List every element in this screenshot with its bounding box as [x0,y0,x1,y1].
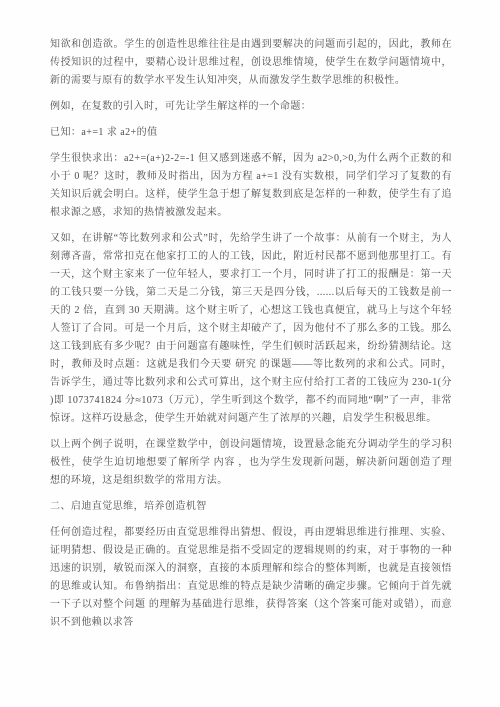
paragraph-examples-summary: 以上两个例子说明，在课堂数学中，创设问题情境，设置悬念能充分调动学生的学习积极性… [50,436,452,490]
section-heading-intuitive-thinking: 二、启迪直觉思维，培养创造机智 [50,498,452,516]
paragraph-formula-problem: 已知：a+=1 求 a2+的值 [50,124,452,142]
paragraph-example-lead: 例如，在复数的引入时，可先让学生解这样的一个命题： [50,98,452,116]
paragraph-intro-continuation: 知欲和创造欲。学生的创造性思维往往是由遇到要解决的问题而引起的，因此，教师在传授… [50,36,452,90]
paragraph-intuitive-thinking-body: 任何创造过程，都要经历由直觉思维得出猜想、假设，再由逻辑思维进行推理、实验、证明… [50,524,452,632]
document-page: 知欲和创造欲。学生的创造性思维往往是由遇到要解决的问题而引起的，因此，教师在传授… [0,0,500,707]
paragraph-geometric-series-story: 又如，在讲解“等比数列求和公式”时，先给学生讲了一个故事：从前有一个财主，为人刻… [50,230,452,428]
document-text-body: 知欲和创造欲。学生的创造性思维往往是由遇到要解决的问题而引起的，因此，教师在传授… [50,36,452,632]
paragraph-complex-number-example: 学生很快求出：a2+=(a+)2-2=-1 但又感到迷惑不解，因为 a2>0,>… [50,150,452,222]
